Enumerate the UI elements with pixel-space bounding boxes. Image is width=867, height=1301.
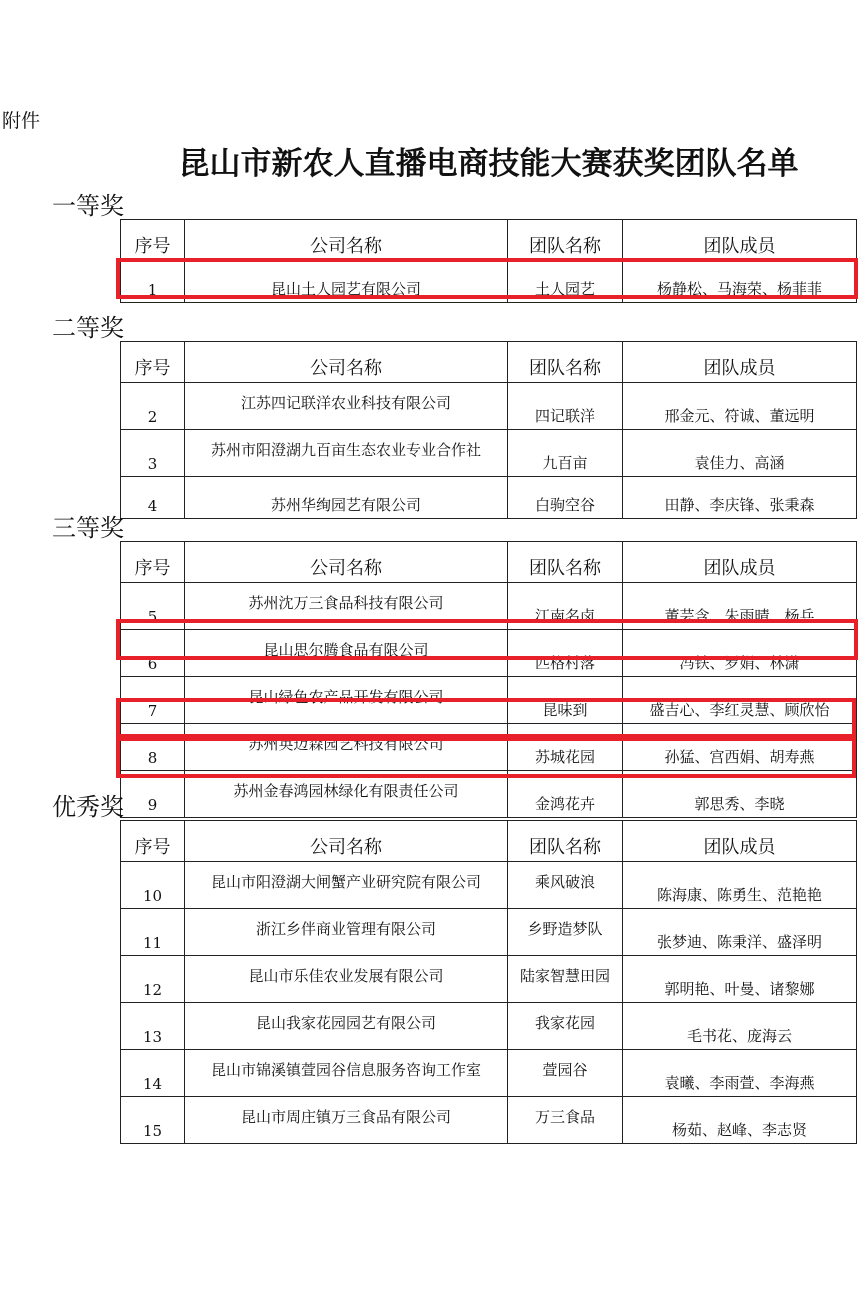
col-header-company: 公司名称 xyxy=(185,821,508,862)
row-members: 袁曦、李雨萱、李海燕 xyxy=(623,1050,857,1097)
row-company: 苏州沈万三食品科技有限公司 xyxy=(185,583,508,630)
table-row: 8 苏州英迈森园艺科技有限公司 苏城花园 孙猛、宫西娟、胡寿燕 xyxy=(121,724,857,771)
first-prize-table: 序号 公司名称 团队名称 团队成员 1 昆山土人园艺有限公司 土人园艺 杨静松、… xyxy=(120,219,857,303)
table-header-row: 序号 公司名称 团队名称 团队成员 xyxy=(121,821,857,862)
document-title: 昆山市新农人直播电商技能大赛获奖团队名单 xyxy=(0,138,867,183)
third-prize-table: 序号 公司名称 团队名称 团队成员 5 苏州沈万三食品科技有限公司 江南名卤 董… xyxy=(120,541,857,818)
row-no: 7 xyxy=(121,677,185,724)
table-row: 5 苏州沈万三食品科技有限公司 江南名卤 董芸含、朱雨晴、杨兵 xyxy=(121,583,857,630)
row-members: 袁佳力、高涵 xyxy=(623,430,857,477)
row-no: 8 xyxy=(121,724,185,771)
table-row: 13 昆山我家花园园艺有限公司 我家花园 毛书花、庞海云 xyxy=(121,1003,857,1050)
row-company: 昆山土人园艺有限公司 xyxy=(185,261,508,303)
row-company: 苏州英迈森园艺科技有限公司 xyxy=(185,724,508,771)
row-company: 昆山思尔腾食品有限公司 xyxy=(185,630,508,677)
row-members: 郭明艳、叶曼、诸黎娜 xyxy=(623,956,857,1003)
table-row: 2 江苏四记联洋农业科技有限公司 四记联洋 邢金元、符诚、董远明 xyxy=(121,383,857,430)
row-team: 土人园艺 xyxy=(508,261,623,303)
table-row: 7 昆山绿色农产品开发有限公司 昆味到 盛吉心、李红灵慧、顾欣怡 xyxy=(121,677,857,724)
row-members: 孙猛、宫西娟、胡寿燕 xyxy=(623,724,857,771)
row-no: 10 xyxy=(121,862,185,909)
col-header-members: 团队成员 xyxy=(623,542,857,583)
row-team: 苏城花园 xyxy=(508,724,623,771)
row-members: 毛书花、庞海云 xyxy=(623,1003,857,1050)
table-row: 10 昆山市阳澄湖大闸蟹产业研究院有限公司 乘风破浪 陈海康、陈勇生、范艳艳 xyxy=(121,862,857,909)
col-header-members: 团队成员 xyxy=(623,821,857,862)
table-row: 12 昆山市乐佳农业发展有限公司 陆家智慧田园 郭明艳、叶曼、诸黎娜 xyxy=(121,956,857,1003)
row-no: 3 xyxy=(121,430,185,477)
col-header-team: 团队名称 xyxy=(508,220,623,261)
section-title-first-prize: 一等奖 xyxy=(52,186,124,221)
table-row: 15 昆山市周庄镇万三食品有限公司 万三食品 杨茹、赵峰、李志贤 xyxy=(121,1097,857,1144)
row-company: 苏州市阳澄湖九百亩生态农业专业合作社 xyxy=(185,430,508,477)
col-header-company: 公司名称 xyxy=(185,342,508,383)
table-row: 3 苏州市阳澄湖九百亩生态农业专业合作社 九百亩 袁佳力、高涵 xyxy=(121,430,857,477)
row-company: 昆山市乐佳农业发展有限公司 xyxy=(185,956,508,1003)
row-team: 陆家智慧田园 xyxy=(508,956,623,1003)
row-company: 江苏四记联洋农业科技有限公司 xyxy=(185,383,508,430)
row-members: 盛吉心、李红灵慧、顾欣怡 xyxy=(623,677,857,724)
row-no: 1 xyxy=(121,261,185,303)
col-header-team: 团队名称 xyxy=(508,821,623,862)
row-team: 乡野造梦队 xyxy=(508,909,623,956)
row-no: 11 xyxy=(121,909,185,956)
row-company: 昆山绿色农产品开发有限公司 xyxy=(185,677,508,724)
row-team: 九百亩 xyxy=(508,430,623,477)
row-team: 萱园谷 xyxy=(508,1050,623,1097)
row-no: 13 xyxy=(121,1003,185,1050)
col-header-no: 序号 xyxy=(121,542,185,583)
section-title-second-prize: 二等奖 xyxy=(52,308,124,343)
table-header-row: 序号 公司名称 团队名称 团队成员 xyxy=(121,220,857,261)
table-row: 9 苏州金春鸿园林绿化有限责任公司 金鸿花卉 郭思秀、李晓 xyxy=(121,771,857,818)
row-team: 白驹空谷 xyxy=(508,477,623,519)
col-header-no: 序号 xyxy=(121,342,185,383)
col-header-no: 序号 xyxy=(121,821,185,862)
section-title-third-prize: 三等奖 xyxy=(52,508,124,543)
row-no: 15 xyxy=(121,1097,185,1144)
row-members: 董芸含、朱雨晴、杨兵 xyxy=(623,583,857,630)
row-members: 陈海康、陈勇生、范艳艳 xyxy=(623,862,857,909)
col-header-members: 团队成员 xyxy=(623,220,857,261)
row-company: 苏州华绚园艺有限公司 xyxy=(185,477,508,519)
table-row: 1 昆山土人园艺有限公司 土人园艺 杨静松、马海荣、杨菲菲 xyxy=(121,261,857,303)
row-company: 昆山市阳澄湖大闸蟹产业研究院有限公司 xyxy=(185,862,508,909)
attachment-label: 附件 xyxy=(2,106,40,133)
row-no: 9 xyxy=(121,771,185,818)
section-title-excellence-award: 优秀奖 xyxy=(52,787,124,822)
row-members: 邢金元、符诚、董远明 xyxy=(623,383,857,430)
row-members: 张梦迪、陈秉洋、盛泽明 xyxy=(623,909,857,956)
row-company: 昆山我家花园园艺有限公司 xyxy=(185,1003,508,1050)
table-row: 14 昆山市锦溪镇萱园谷信息服务咨询工作室 萱园谷 袁曦、李雨萱、李海燕 xyxy=(121,1050,857,1097)
row-team: 万三食品 xyxy=(508,1097,623,1144)
row-no: 6 xyxy=(121,630,185,677)
row-team: 江南名卤 xyxy=(508,583,623,630)
row-team: 金鸿花卉 xyxy=(508,771,623,818)
row-members: 田静、李庆锋、张秉森 xyxy=(623,477,857,519)
row-members: 杨茹、赵峰、李志贤 xyxy=(623,1097,857,1144)
row-company: 昆山市周庄镇万三食品有限公司 xyxy=(185,1097,508,1144)
row-no: 2 xyxy=(121,383,185,430)
table-header-row: 序号 公司名称 团队名称 团队成员 xyxy=(121,342,857,383)
col-header-company: 公司名称 xyxy=(185,220,508,261)
table-row: 6 昆山思尔腾食品有限公司 匹格村落 冯铁、罗娟、林潇 xyxy=(121,630,857,677)
second-prize-table: 序号 公司名称 团队名称 团队成员 2 江苏四记联洋农业科技有限公司 四记联洋 … xyxy=(120,341,857,519)
col-header-team: 团队名称 xyxy=(508,542,623,583)
col-header-no: 序号 xyxy=(121,220,185,261)
row-company: 昆山市锦溪镇萱园谷信息服务咨询工作室 xyxy=(185,1050,508,1097)
col-header-team: 团队名称 xyxy=(508,342,623,383)
excellence-award-table: 序号 公司名称 团队名称 团队成员 10 昆山市阳澄湖大闸蟹产业研究院有限公司 … xyxy=(120,820,857,1144)
col-header-company: 公司名称 xyxy=(185,542,508,583)
row-team: 昆味到 xyxy=(508,677,623,724)
row-no: 5 xyxy=(121,583,185,630)
row-members: 冯铁、罗娟、林潇 xyxy=(623,630,857,677)
table-row: 11 浙江乡伴商业管理有限公司 乡野造梦队 张梦迪、陈秉洋、盛泽明 xyxy=(121,909,857,956)
row-team: 乘风破浪 xyxy=(508,862,623,909)
row-members: 郭思秀、李晓 xyxy=(623,771,857,818)
row-company: 浙江乡伴商业管理有限公司 xyxy=(185,909,508,956)
row-team: 四记联洋 xyxy=(508,383,623,430)
row-no: 14 xyxy=(121,1050,185,1097)
table-row: 4 苏州华绚园艺有限公司 白驹空谷 田静、李庆锋、张秉森 xyxy=(121,477,857,519)
table-header-row: 序号 公司名称 团队名称 团队成员 xyxy=(121,542,857,583)
row-members: 杨静松、马海荣、杨菲菲 xyxy=(623,261,857,303)
row-company: 苏州金春鸿园林绿化有限责任公司 xyxy=(185,771,508,818)
row-team: 匹格村落 xyxy=(508,630,623,677)
row-team: 我家花园 xyxy=(508,1003,623,1050)
row-no: 12 xyxy=(121,956,185,1003)
col-header-members: 团队成员 xyxy=(623,342,857,383)
row-no: 4 xyxy=(121,477,185,519)
